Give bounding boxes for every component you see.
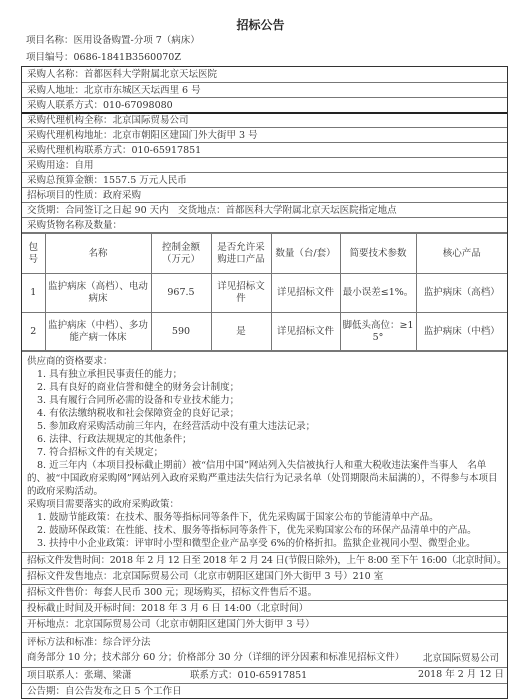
contact-people: 项目联系人：张瑚、梁潇 — [27, 668, 187, 683]
agency-contact-row: 采购代理机构联系方式：010-65917851 — [22, 142, 507, 157]
delivery-row: 交货期：合同签订之日起 90 天内 交货地点：首都医科大学附属北京天坛医院指定地… — [22, 202, 507, 217]
cell-control-amount: 590 — [151, 313, 211, 351]
header-import-allowed: 是否允许采购进口产品 — [211, 234, 271, 274]
signature-date: 2018 年 2 月 12 日 — [416, 667, 506, 683]
goods-table: 包号 名称 控制金额（万元） 是否允许采购进口产品 数量（台/套） 简要技术参数… — [22, 233, 507, 351]
cell-import-allowed: 详见招标文件 — [211, 274, 271, 313]
agency-name-row: 采购代理机构全称：北京国际贸易公司 — [22, 112, 507, 127]
purpose-row: 采购用途：自用 — [22, 157, 507, 172]
opening-place-row: 开标地点：北京国际贸易公司（北京市朝阳区建国门外大街甲 3 号） — [22, 616, 507, 632]
purchaser-name-row: 采购人名称：首都医科大学附属北京天坛医院 — [22, 67, 507, 82]
agency-address-row: 采购代理机构地址：北京市朝阳区建国门外大街甲 3 号 — [22, 127, 507, 142]
purchaser-address-row: 采购人地址：北京市东城区天坛西里 6 号 — [22, 82, 507, 97]
goods-table-header: 包号 名称 控制金额（万元） 是否允许采购进口产品 数量（台/套） 简要技术参数… — [22, 234, 507, 274]
policies-heading: 采购项目需要落实的政府采购政策： — [27, 498, 502, 511]
header-package-no: 包号 — [22, 234, 45, 274]
cell-tech-params: 最小误差≤1%。 — [340, 274, 416, 313]
header-control-amount: 控制金额（万元） — [151, 234, 211, 274]
document-title: 招标公告 — [0, 16, 521, 33]
qualification-item: 6. 法律、行政法规规定的其他条件； — [27, 433, 502, 446]
policy-item: 2. 鼓励环保政策：在性能、技术、服务等指标同等条件下，优先采购国家公布的环保产… — [27, 524, 502, 537]
qualification-item: 3. 具有履行合同所必需的设备和专业技术能力； — [27, 394, 502, 407]
qualification-item: 1. 具有独立承担民事责任的能力； — [27, 368, 502, 381]
project-name: 项目名称：医用设备购置-分项 7（病床） — [26, 33, 200, 49]
deadline-row: 投标截止时间及开标时间：2018 年 3 月 6 日 14:00（北京时间） — [22, 600, 507, 616]
contact-phone: 联系方式：010-65917851 — [190, 670, 307, 681]
cell-import-allowed: 是 — [211, 313, 271, 351]
qualification-item: 7. 符合招标文件的有关规定； — [27, 446, 502, 459]
qualifications-section: 供应商的资格要求： 1. 具有独立承担民事责任的能力； 2. 具有良好的商业信誉… — [22, 351, 507, 552]
cell-core-product: 监护病床（中档） — [416, 313, 507, 351]
qualification-item: 2. 具有良好的商业信誉和健全的财务会计制度； — [27, 381, 502, 394]
qualification-item: 5. 参加政府采购活动前三年内，在经营活动中没有重大违法记录； — [27, 420, 502, 433]
cell-name: 监护病床（中档）、多功能产病一体床 — [45, 313, 151, 351]
sale-place-row: 招标文件发售地点：北京国际贸易公司（北京市朝阳区建国门外大街甲 3 号）210 … — [22, 568, 507, 584]
cell-package-no: 1 — [22, 274, 45, 313]
policy-item: 3. 扶持中小企业政策：评审时小型和微型企业产品享受 6%的价格折扣。监狱企业视… — [27, 537, 502, 550]
cell-quantity: 详见招标文件 — [271, 274, 340, 313]
announcement-table: 采购人名称：首都医科大学附属北京天坛医院 采购人地址：北京市东城区天坛西里 6 … — [21, 66, 508, 699]
qualification-item-8: 8. 近三年内（本项目投标截止期前）被“信用中国”网站列入失信被执行人和重大税收… — [27, 459, 502, 498]
signature-org: 北京国际贸易公司 — [416, 651, 506, 667]
notice-period-row: 公告期：自公告发布之日 5 个工作日 — [22, 683, 507, 698]
cell-tech-params: 脚低头高位：≥15° — [340, 313, 416, 351]
sale-time-row: 招标文件发售时间：2018 年 2 月 12 日至 2018 年 2 月 24 … — [22, 552, 507, 568]
qualifications-heading: 供应商的资格要求： — [27, 355, 502, 368]
sale-price-row: 招标文件售价：每套人民币 300 元；现场购买，招标文件售后不退。 — [22, 584, 507, 600]
table-row: 1 监护病床（高档）、电动病床 967.5 详见招标文件 详见招标文件 最小误差… — [22, 274, 507, 313]
budget-row: 采购总预算金额：1557.5 万元人民币 — [22, 172, 507, 187]
evaluation-method: 评标方法和标准：综合评分法 — [27, 635, 502, 650]
policy-item: 1. 鼓励节能政策：在技术、服务等指标同等条件下，优先采购属于国家公布的节能清单… — [27, 511, 502, 524]
header-tech-params: 简要技术参数 — [340, 234, 416, 274]
cell-core-product: 监护病床（高档） — [416, 274, 507, 313]
cell-package-no: 2 — [22, 313, 45, 351]
header-quantity: 数量（台/套） — [271, 234, 340, 274]
header-name: 名称 — [45, 234, 151, 274]
qualification-item: 4. 有依法缴纳税收和社会保障资金的良好记录； — [27, 407, 502, 420]
purchaser-contact-row: 采购人联系方式：010-67098080 — [22, 97, 507, 112]
cell-control-amount: 967.5 — [151, 274, 211, 313]
goods-heading-row: 采购货物名称及数量： — [22, 217, 507, 232]
header-core-product: 核心产品 — [416, 234, 507, 274]
project-number: 项目编号：0686-1841B3560070Z — [26, 50, 181, 66]
table-row: 2 监护病床（中档）、多功能产病一体床 590 是 详见招标文件 脚低头高位：≥… — [22, 313, 507, 351]
cell-quantity: 详见招标文件 — [271, 313, 340, 351]
cell-name: 监护病床（高档）、电动病床 — [45, 274, 151, 313]
nature-row: 招标项目的性质：政府采购 — [22, 187, 507, 202]
goods-table-wrapper: 包号 名称 控制金额（万元） 是否允许采购进口产品 数量（台/套） 简要技术参数… — [22, 232, 507, 351]
